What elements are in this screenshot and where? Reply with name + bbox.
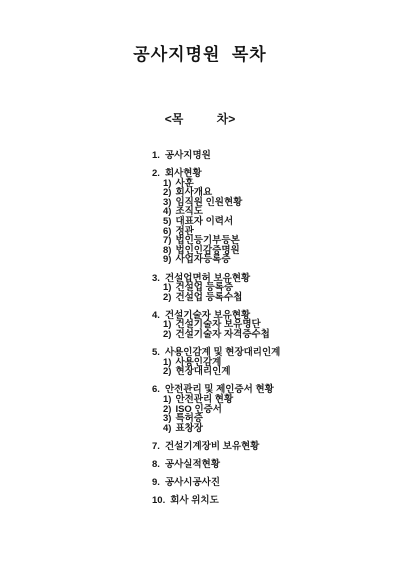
subitem-number: 2) xyxy=(163,293,171,303)
section-number: 10. xyxy=(152,496,165,506)
toc-section: 8.공사실적현황 xyxy=(152,460,280,470)
subitem-label: 표창장 xyxy=(175,423,203,434)
section-number: 9. xyxy=(152,478,160,488)
section-number: 7. xyxy=(152,442,160,452)
toc-section: 9.공사시공사진 xyxy=(152,478,280,488)
subitem-number: 2) xyxy=(163,330,171,340)
toc-subitem: 2)건설업 등록수첩 xyxy=(163,293,280,303)
toc-section-line: 8.공사실적현황 xyxy=(152,460,280,470)
subitem-number: 2) xyxy=(163,367,171,377)
page-title: 공사지명원 목차 xyxy=(0,40,400,65)
toc-subitem: 4)표창장 xyxy=(163,424,280,434)
subitem-label: 현장대리인계 xyxy=(175,366,230,377)
section-number: 3. xyxy=(152,274,160,284)
section-label: 공사지명원 xyxy=(165,150,211,161)
section-number: 8. xyxy=(152,460,160,470)
toc-heading: <목 차> xyxy=(0,110,400,127)
section-label: 공사시공사진 xyxy=(165,477,220,488)
toc-section-line: 7.건설기계장비 보유현황 xyxy=(152,442,280,452)
subitem-number: 9) xyxy=(163,255,171,265)
toc-section-line: 10.회사 위치도 xyxy=(152,496,280,506)
toc-section: 2.회사현황1)사훈2)회사개요3)임직원 인원현황4)조직도5)대표자 이력서… xyxy=(152,169,280,265)
subitem-number: 4) xyxy=(163,424,171,434)
section-label: 회사 위치도 xyxy=(170,495,219,506)
section-label: 공사실적현황 xyxy=(165,459,220,470)
toc-section: 1.공사지명원 xyxy=(152,151,280,161)
toc-list: 1.공사지명원2.회사현황1)사훈2)회사개요3)임직원 인원현황4)조직도5)… xyxy=(152,151,280,514)
section-number: 4. xyxy=(152,311,160,321)
section-number: 5. xyxy=(152,348,160,358)
toc-section-line: 2.회사현황 xyxy=(152,169,280,179)
toc-subitem: 9)사업자등록증 xyxy=(163,255,280,265)
section-number: 6. xyxy=(152,385,160,395)
document-page: 공사지명원 목차 <목 차> 1.공사지명원2.회사현황1)사훈2)회사개요3)… xyxy=(0,0,400,565)
subitem-label: 사업자등록증 xyxy=(175,254,230,265)
subitem-label: 건설기술자 자격증수첩 xyxy=(175,329,269,340)
section-number: 1. xyxy=(152,151,160,161)
subitem-label: 건설업 등록수첩 xyxy=(175,292,242,303)
toc-subitem: 2)건설기술자 자격증수첩 xyxy=(163,330,280,340)
toc-section: 6.안전관리 및 제인증서 현황1)안전관리 현황2)ISO 인증서3)특허증4… xyxy=(152,385,280,433)
toc-section: 10.회사 위치도 xyxy=(152,496,280,506)
section-label: 건설기계장비 보유현황 xyxy=(165,441,259,452)
toc-section: 4.건설기술자 보유현황1)건설기술자 보유명단2)건설기술자 자격증수첩 xyxy=(152,311,280,340)
toc-section: 3.건설업면허 보유현황1)건설업 등록증2)건설업 등록수첩 xyxy=(152,274,280,303)
toc-section: 5.사용인감계 및 현장대리인계1)사용인감계2)현장대리인계 xyxy=(152,348,280,377)
toc-subitem: 2)현장대리인계 xyxy=(163,367,280,377)
toc-section-line: 9.공사시공사진 xyxy=(152,478,280,488)
toc-section: 7.건설기계장비 보유현황 xyxy=(152,442,280,452)
toc-section-line: 1.공사지명원 xyxy=(152,151,280,161)
section-number: 2. xyxy=(152,169,160,179)
